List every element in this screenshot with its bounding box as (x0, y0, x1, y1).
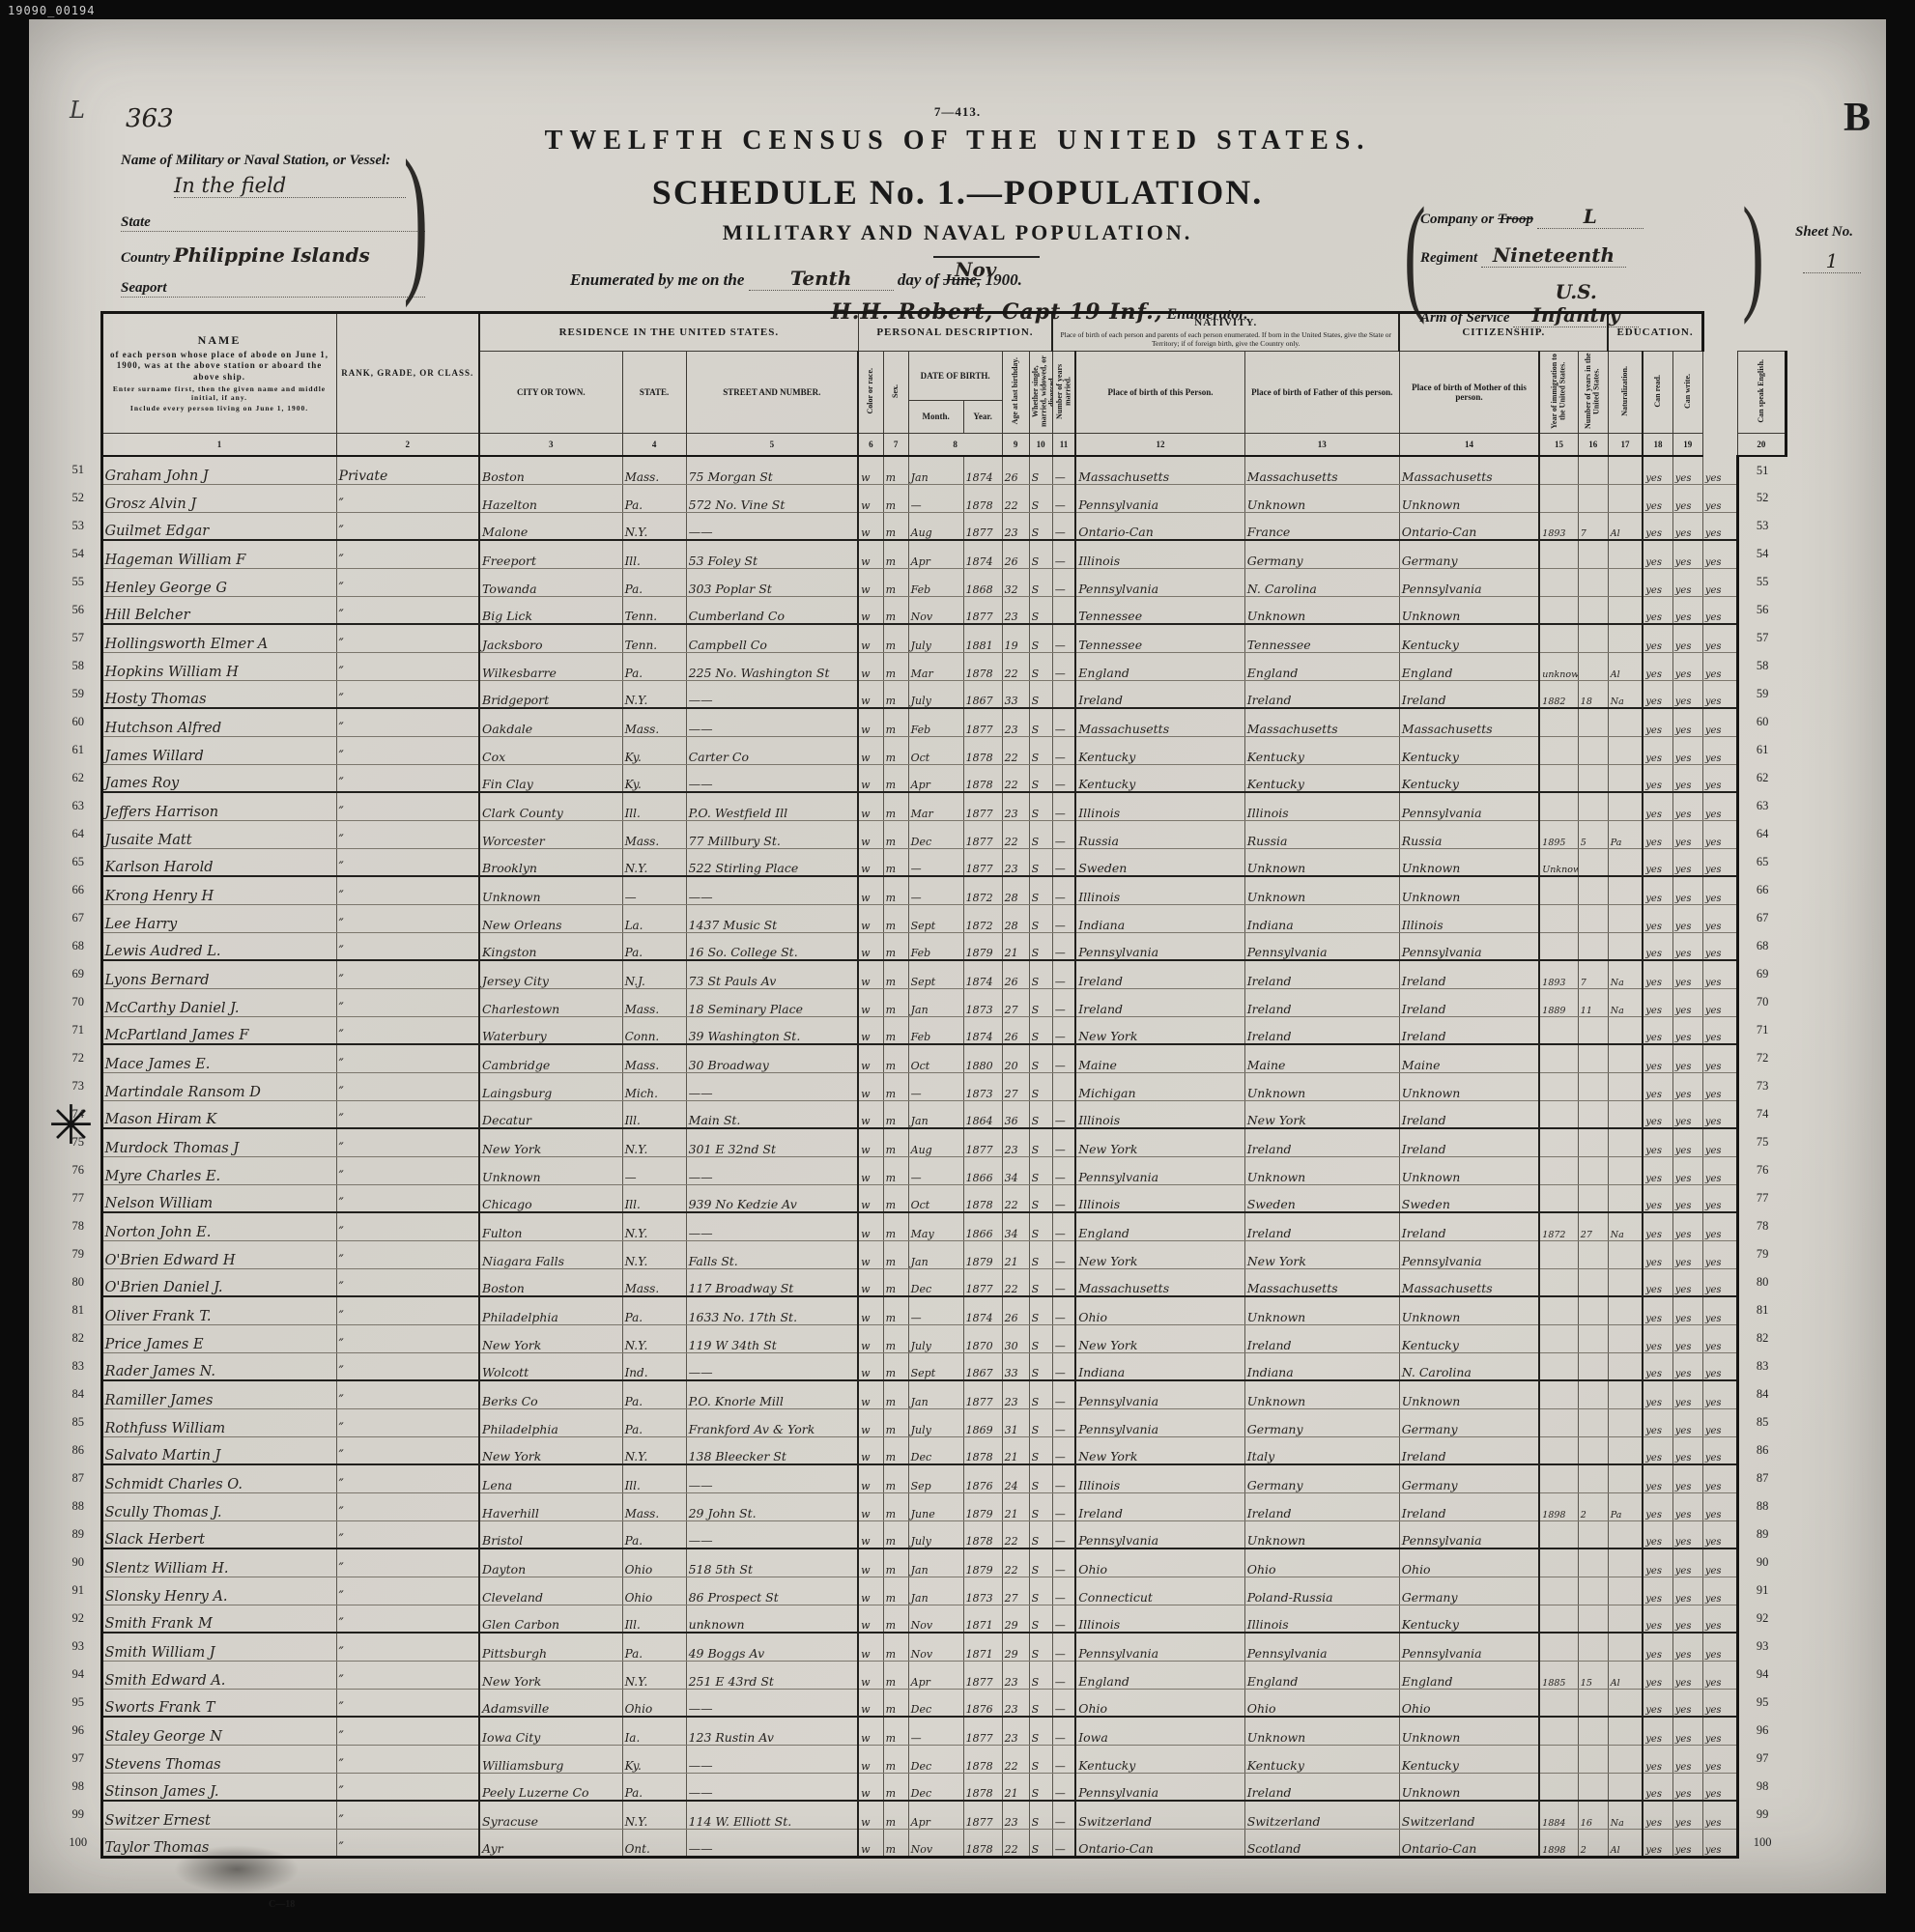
line-number-right: 97 (1737, 1745, 1786, 1773)
station-label: Name of Military or Naval Station, or Ve… (121, 153, 390, 169)
col-name-header: NAME of each person whose place of abode… (101, 313, 336, 434)
line-number-right: 93 (1737, 1633, 1786, 1661)
col-street-header: STREET AND NUMBER. (686, 352, 858, 434)
table-row: 78 Norton John E. ″ Fulton N.Y. —— w m M… (56, 1212, 1786, 1240)
cell-years-in-us (1578, 456, 1608, 484)
cell-name: Hosty Thomas (101, 680, 336, 708)
col-month-header: Month. (908, 400, 963, 433)
cell-naturalization (1608, 1548, 1643, 1577)
cell-birth-mother: Ireland (1399, 1016, 1539, 1044)
cell-street: —— (686, 708, 858, 736)
cell-age: 22 (1002, 1548, 1029, 1577)
cell-city: Waterbury (479, 1016, 622, 1044)
cell-immigration-year (1539, 1240, 1578, 1268)
cell-years-in-us: 7 (1578, 512, 1608, 540)
cell-can-read: yes (1643, 1661, 1672, 1689)
cell-city: Fulton (479, 1212, 622, 1240)
cell-can-read: yes (1643, 512, 1672, 540)
cell-sex: m (883, 1184, 908, 1212)
cell-years-in-us (1578, 1577, 1608, 1605)
cell-birth-self: Pennsylvania (1075, 1633, 1244, 1661)
cell-years-married: — (1052, 540, 1075, 568)
cell-marital: S (1029, 484, 1052, 512)
cell-rank: ″ (336, 1717, 479, 1745)
cell-state: Ill. (622, 540, 686, 568)
cell-birth-father: Scotland (1244, 1829, 1399, 1857)
cell-can-read: yes (1643, 792, 1672, 820)
cell-birth-mother: Unknown (1399, 1296, 1539, 1324)
cell-city: Williamsburg (479, 1745, 622, 1773)
cell-street: P.O. Westfield Ill (686, 792, 858, 820)
cell-sex: m (883, 1072, 908, 1100)
cell-birth-father: Indiana (1244, 904, 1399, 932)
cell-birth-mother: Kentucky (1399, 1605, 1539, 1633)
cell-can-write: yes (1672, 1240, 1702, 1268)
cell-sex: m (883, 1801, 908, 1829)
cell-state: Ky. (622, 736, 686, 764)
cell-state: N.Y. (622, 1324, 686, 1352)
cell-years-married: — (1052, 876, 1075, 904)
cell-name: Scully Thomas J. (101, 1492, 336, 1520)
cell-color: w (858, 1408, 883, 1436)
cell-sex: m (883, 988, 908, 1016)
cell-marital: S (1029, 624, 1052, 652)
cell-naturalization (1608, 848, 1643, 876)
cell-birth-month: Jan (908, 1100, 963, 1128)
cell-birth-month: July (908, 1324, 963, 1352)
cell-birth-year: 1867 (963, 1352, 1002, 1380)
cell-age: 28 (1002, 904, 1029, 932)
left-brace: ) (404, 135, 428, 299)
cell-marital: S (1029, 708, 1052, 736)
cell-naturalization: Al (1608, 1661, 1643, 1689)
cell-can-speak-english: yes (1702, 1717, 1737, 1745)
cell-street: Carter Co (686, 736, 858, 764)
cell-sex: m (883, 1212, 908, 1240)
cell-state: N.Y. (622, 680, 686, 708)
cell-color: w (858, 1100, 883, 1128)
line-number-left: 61 (56, 736, 101, 764)
cell-name: Rader James N. (101, 1352, 336, 1380)
cell-birth-father: Ireland (1244, 1773, 1399, 1801)
cell-birth-father: Maine (1244, 1044, 1399, 1072)
cell-state: Ky. (622, 1745, 686, 1773)
cell-marital: S (1029, 1633, 1052, 1661)
cell-marital: S (1029, 1605, 1052, 1633)
table-row: 59 Hosty Thomas ″ Bridgeport N.Y. —— w m… (56, 680, 1786, 708)
cell-rank: ″ (336, 1492, 479, 1520)
cell-age: 22 (1002, 1520, 1029, 1548)
cell-marital: S (1029, 512, 1052, 540)
cell-naturalization (1608, 1324, 1643, 1352)
cell-can-write: yes (1672, 1577, 1702, 1605)
cell-birth-father: Unknown (1244, 1296, 1399, 1324)
line-number-right: 64 (1737, 820, 1786, 848)
cell-birth-father: Germany (1244, 1408, 1399, 1436)
column-number-row: 12 34 56 78 910 1112 1314 1516 1718 1920 (56, 434, 1786, 457)
lineno-gutter-right (1702, 313, 1737, 457)
cell-birth-father: Unknown (1244, 848, 1399, 876)
cell-years-in-us: 7 (1578, 960, 1608, 988)
cell-birth-mother: Sweden (1399, 1184, 1539, 1212)
cell-birth-mother: England (1399, 1661, 1539, 1689)
cell-can-write: yes (1672, 1268, 1702, 1296)
cell-marital: S (1029, 1492, 1052, 1520)
cell-birth-self: New York (1075, 1324, 1244, 1352)
cell-birth-mother: Ontario-Can (1399, 1829, 1539, 1857)
cell-marital: S (1029, 1661, 1052, 1689)
regiment-label: Regiment (1420, 250, 1477, 266)
cell-sex: m (883, 1773, 908, 1801)
cell-street: 138 Bleecker St (686, 1436, 858, 1464)
cell-marital: S (1029, 1717, 1052, 1745)
cell-sex: m (883, 1380, 908, 1408)
cell-street: Main St. (686, 1100, 858, 1128)
cell-years-married: — (1052, 1212, 1075, 1240)
cell-age: 27 (1002, 1072, 1029, 1100)
cell-can-read: yes (1643, 1717, 1672, 1745)
line-number-left: 66 (56, 876, 101, 904)
cell-immigration-year: 1893 (1539, 512, 1578, 540)
cell-birth-month: Mar (908, 792, 963, 820)
cell-city: Cleveland (479, 1577, 622, 1605)
cell-city: Oakdale (479, 708, 622, 736)
col-rank-header: RANK, GRADE, OR CLASS. (336, 313, 479, 434)
cell-age: 23 (1002, 792, 1029, 820)
cell-birth-father: Ireland (1244, 680, 1399, 708)
cell-birth-father: Poland-Russia (1244, 1577, 1399, 1605)
cell-birth-self: Pennsylvania (1075, 1520, 1244, 1548)
cell-can-speak-english: yes (1702, 1240, 1737, 1268)
cell-street: 119 W 34th St (686, 1324, 858, 1352)
cell-name: Rothfuss William (101, 1408, 336, 1436)
cell-age: 23 (1002, 1717, 1029, 1745)
cell-marital: S (1029, 1436, 1052, 1464)
cell-can-write: yes (1672, 1380, 1702, 1408)
cell-name: Murdock Thomas J (101, 1128, 336, 1156)
cell-immigration-year (1539, 1773, 1578, 1801)
cell-state: Ohio (622, 1689, 686, 1717)
cell-name: Hopkins William H (101, 652, 336, 680)
cell-years-in-us (1578, 596, 1608, 624)
cell-sex: m (883, 1520, 908, 1548)
cell-can-write: yes (1672, 484, 1702, 512)
cell-birth-father: Unknown (1244, 596, 1399, 624)
cell-state: Ill. (622, 792, 686, 820)
cell-state: Ohio (622, 1577, 686, 1605)
line-number-right: 94 (1737, 1661, 1786, 1689)
cell-color: w (858, 1044, 883, 1072)
cell-marital: S (1029, 652, 1052, 680)
cell-naturalization (1608, 792, 1643, 820)
cell-immigration-year: 1898 (1539, 1829, 1578, 1857)
line-number-right: 57 (1737, 624, 1786, 652)
cell-street: 16 So. College St. (686, 932, 858, 960)
state-label: State (121, 214, 151, 230)
cell-age: 26 (1002, 960, 1029, 988)
cell-naturalization: Al (1608, 512, 1643, 540)
cell-birth-mother: Ireland (1399, 960, 1539, 988)
bottom-form-code: C—18 (269, 1899, 295, 1910)
cell-immigration-year: 1885 (1539, 1661, 1578, 1689)
cell-can-write: yes (1672, 1128, 1702, 1156)
cell-birth-year: 1878 (963, 1520, 1002, 1548)
cell-birth-mother: Ontario-Can (1399, 512, 1539, 540)
cell-color: w (858, 820, 883, 848)
cell-birth-mother: Germany (1399, 1577, 1539, 1605)
regiment-value: Nineteenth (1481, 243, 1626, 268)
cell-can-write: yes (1672, 1464, 1702, 1492)
cell-age: 23 (1002, 512, 1029, 540)
line-number-left: 60 (56, 708, 101, 736)
cell-street: 518 5th St (686, 1548, 858, 1577)
cell-birth-year: 1877 (963, 512, 1002, 540)
cell-can-write: yes (1672, 596, 1702, 624)
cell-years-married: — (1052, 848, 1075, 876)
cell-city: New York (479, 1324, 622, 1352)
cell-color: w (858, 1633, 883, 1661)
cell-color: w (858, 1689, 883, 1717)
cell-years-married: — (1052, 1352, 1075, 1380)
cell-birth-year: 1881 (963, 624, 1002, 652)
cell-naturalization (1608, 1100, 1643, 1128)
cell-birth-self: Pennsylvania (1075, 932, 1244, 960)
cell-color: w (858, 1016, 883, 1044)
cell-birth-self: Ireland (1075, 988, 1244, 1016)
table-row: 53 Guilmet Edgar ″ Malone N.Y. —— w m Au… (56, 512, 1786, 540)
cell-birth-self: Sweden (1075, 848, 1244, 876)
cell-years-in-us (1578, 876, 1608, 904)
cell-naturalization (1608, 1044, 1643, 1072)
cell-birth-father: Russia (1244, 820, 1399, 848)
cell-can-write: yes (1672, 708, 1702, 736)
cell-years-in-us (1578, 540, 1608, 568)
cell-marital: S (1029, 1380, 1052, 1408)
cell-naturalization (1608, 1380, 1643, 1408)
cell-sex: m (883, 1100, 908, 1128)
cell-marital: S (1029, 1156, 1052, 1184)
cell-rank: ″ (336, 1324, 479, 1352)
cell-naturalization (1608, 1296, 1643, 1324)
cell-name: Schmidt Charles O. (101, 1464, 336, 1492)
cell-street: Frankford Av & York (686, 1408, 858, 1436)
cell-sex: m (883, 1492, 908, 1520)
cell-can-write: yes (1672, 764, 1702, 792)
cell-city: Malone (479, 512, 622, 540)
state-field: State (121, 213, 425, 232)
cell-name: James Willard (101, 736, 336, 764)
cell-immigration-year (1539, 1184, 1578, 1212)
cell-can-read: yes (1643, 1156, 1672, 1184)
cell-street: 18 Seminary Place (686, 988, 858, 1016)
cell-street: —— (686, 1156, 858, 1184)
cell-naturalization (1608, 1156, 1643, 1184)
cell-age: 22 (1002, 652, 1029, 680)
table-row: 75 Murdock Thomas J ″ New York N.Y. 301 … (56, 1128, 1786, 1156)
cell-name: Guilmet Edgar (101, 512, 336, 540)
cell-marital: S (1029, 1128, 1052, 1156)
cell-years-in-us (1578, 1240, 1608, 1268)
cell-naturalization (1608, 1745, 1643, 1773)
cell-state: N.Y. (622, 1240, 686, 1268)
cell-can-read: yes (1643, 960, 1672, 988)
cell-birth-mother: Pennsylvania (1399, 1240, 1539, 1268)
cell-rank: ″ (336, 764, 479, 792)
cell-birth-self: Kentucky (1075, 736, 1244, 764)
cell-can-speak-english: yes (1702, 484, 1737, 512)
cell-can-speak-english: yes (1702, 680, 1737, 708)
cell-naturalization (1608, 1689, 1643, 1717)
cell-years-in-us (1578, 1100, 1608, 1128)
line-number-left: 99 (56, 1801, 101, 1829)
cell-street: —— (686, 1464, 858, 1492)
cell-birth-year: 1878 (963, 484, 1002, 512)
cell-can-read: yes (1643, 652, 1672, 680)
cell-birth-mother: Ireland (1399, 680, 1539, 708)
cell-can-write: yes (1672, 652, 1702, 680)
cell-name: Karlson Harold (101, 848, 336, 876)
cell-rank: ″ (336, 1548, 479, 1577)
cell-naturalization (1608, 456, 1643, 484)
cell-can-read: yes (1643, 1044, 1672, 1072)
cell-years-married: — (1052, 1773, 1075, 1801)
cell-years-in-us (1578, 1548, 1608, 1577)
cell-street: Cumberland Co (686, 596, 858, 624)
cell-years-married: — (1052, 1633, 1075, 1661)
cell-rank: ″ (336, 792, 479, 820)
cell-sex: m (883, 1717, 908, 1745)
cell-name: Switzer Ernest (101, 1801, 336, 1829)
cell-state: N.Y. (622, 1128, 686, 1156)
cell-can-speak-english: yes (1702, 1492, 1737, 1520)
cell-age: 20 (1002, 1044, 1029, 1072)
cell-birth-self: Ireland (1075, 960, 1244, 988)
cell-years-married: — (1052, 764, 1075, 792)
cell-years-in-us (1578, 1773, 1608, 1801)
cell-birth-month: Feb (908, 708, 963, 736)
cell-birth-mother: Unknown (1399, 1717, 1539, 1745)
cell-naturalization (1608, 1408, 1643, 1436)
line-number-left: 70 (56, 988, 101, 1016)
cell-sex: m (883, 1324, 908, 1352)
cell-street: 251 E 43rd St (686, 1661, 858, 1689)
cell-years-married: — (1052, 1296, 1075, 1324)
cell-birth-mother: Kentucky (1399, 1324, 1539, 1352)
table-row: 56 Hill Belcher ″ Big Lick Tenn. Cumberl… (56, 596, 1786, 624)
cell-birth-month: Nov (908, 1829, 963, 1857)
cell-immigration-year: 1884 (1539, 1801, 1578, 1829)
cell-state: Mass. (622, 1492, 686, 1520)
cell-rank: ″ (336, 876, 479, 904)
cell-birth-month: Mar (908, 652, 963, 680)
name-note2: Enter surname first, then the given name… (109, 384, 330, 402)
cell-can-write: yes (1672, 1044, 1702, 1072)
cell-birth-father: Ireland (1244, 1128, 1399, 1156)
cell-can-speak-english: yes (1702, 456, 1737, 484)
cell-can-speak-english: yes (1702, 1212, 1737, 1240)
cell-state: Ill. (622, 1184, 686, 1212)
line-number-right: 91 (1737, 1577, 1786, 1605)
cell-state: Mass. (622, 988, 686, 1016)
table-row: 67 Lee Harry ″ New Orleans La. 1437 Musi… (56, 904, 1786, 932)
cell-immigration-year (1539, 456, 1578, 484)
cell-rank: ″ (336, 484, 479, 512)
line-number-left: 54 (56, 540, 101, 568)
cell-birth-year: 1877 (963, 1661, 1002, 1689)
cell-color: w (858, 1240, 883, 1268)
line-number-right: 67 (1737, 904, 1786, 932)
line-number-right: 76 (1737, 1156, 1786, 1184)
cell-state: Pa. (622, 568, 686, 596)
line-number-right: 61 (1737, 736, 1786, 764)
cell-can-write: yes (1672, 568, 1702, 596)
cell-birth-self: Kentucky (1075, 764, 1244, 792)
cell-color: w (858, 1128, 883, 1156)
cell-immigration-year: Unknown (1539, 848, 1578, 876)
line-number-right: 60 (1737, 708, 1786, 736)
cell-city: Wilkesbarre (479, 652, 622, 680)
cell-birth-father: Ireland (1244, 960, 1399, 988)
company-label-struck: Troop (1498, 212, 1533, 227)
cell-state: Mass. (622, 1044, 686, 1072)
cell-birth-month: Sept (908, 1352, 963, 1380)
cell-name: Hageman William F (101, 540, 336, 568)
cell-can-speak-english: yes (1702, 1072, 1737, 1100)
cell-color: w (858, 1268, 883, 1296)
table-row: 58 Hopkins William H ″ Wilkesbarre Pa. 2… (56, 652, 1786, 680)
cell-name: Myre Charles E. (101, 1156, 336, 1184)
cell-age: 23 (1002, 596, 1029, 624)
cell-color: w (858, 568, 883, 596)
cell-state: — (622, 876, 686, 904)
cell-state: Mass. (622, 820, 686, 848)
cell-birth-month: Dec (908, 1268, 963, 1296)
cell-street: 86 Prospect St (686, 1577, 858, 1605)
cell-can-speak-english: yes (1702, 652, 1737, 680)
cell-sex: m (883, 484, 908, 512)
cell-state: Pa. (622, 652, 686, 680)
col-marital-header: Whether single, married, widowed, or div… (1029, 352, 1052, 434)
cell-can-write: yes (1672, 1745, 1702, 1773)
cell-can-write: yes (1672, 1520, 1702, 1548)
cell-birth-year: 1877 (963, 1717, 1002, 1745)
cell-marital: S (1029, 1016, 1052, 1044)
cell-birth-self: Ohio (1075, 1689, 1244, 1717)
line-number-right: 95 (1737, 1689, 1786, 1717)
cell-city: Berks Co (479, 1380, 622, 1408)
line-number-left: 56 (56, 596, 101, 624)
cell-rank: ″ (336, 1268, 479, 1296)
line-number-right: 69 (1737, 960, 1786, 988)
cell-state: Pa. (622, 484, 686, 512)
cell-years-in-us (1578, 1352, 1608, 1380)
cell-birth-father: Ireland (1244, 1212, 1399, 1240)
sheet-no-value: 1 (1803, 249, 1861, 273)
cell-birth-self: Massachusetts (1075, 1268, 1244, 1296)
cell-marital: S (1029, 1352, 1052, 1380)
cell-immigration-year (1539, 792, 1578, 820)
cell-rank: ″ (336, 1520, 479, 1548)
cell-birth-father: Unknown (1244, 484, 1399, 512)
cell-birth-mother: Unknown (1399, 1072, 1539, 1100)
cell-birth-self: Tennessee (1075, 624, 1244, 652)
cell-years-in-us (1578, 1184, 1608, 1212)
cell-birth-year: 1873 (963, 1577, 1002, 1605)
cell-years-in-us (1578, 1324, 1608, 1352)
cell-age: 23 (1002, 1689, 1029, 1717)
cell-state: N.Y. (622, 512, 686, 540)
table-row: 51 Graham John J Private Boston Mass. 75… (56, 456, 1786, 484)
